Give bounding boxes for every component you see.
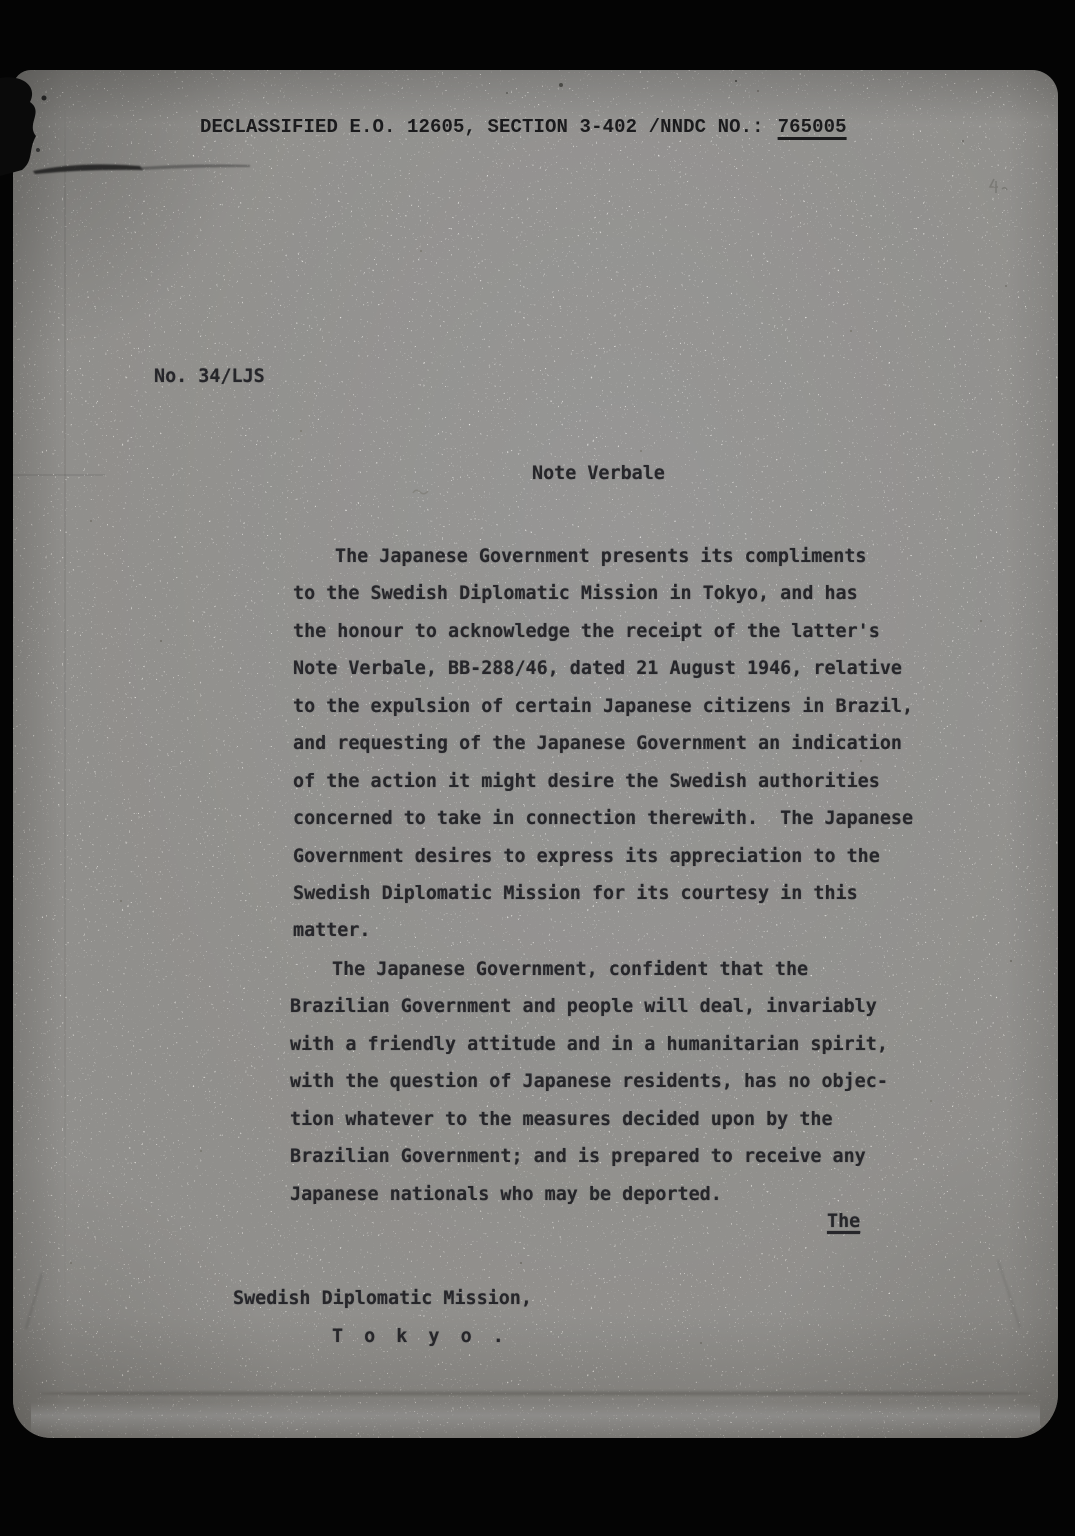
paragraph-2-line: Japanese nationals who may be deported.	[290, 1176, 888, 1213]
scanned-document-page: DECLASSIFIED E.O. 12605, SECTION 3-402 /…	[0, 0, 1075, 1536]
bottom-fold-seam	[39, 1390, 1032, 1397]
paragraph-1-line: and requesting of the Japanese Governmen…	[293, 725, 913, 762]
dust-specks	[0, 0, 2, 2]
paragraph-2-line: with the question of Japanese residents,…	[290, 1063, 888, 1100]
horizontal-crease	[13, 474, 105, 476]
nndc-number: 765005	[778, 116, 847, 138]
paragraph-1-line: matter.	[293, 912, 913, 949]
addressee-name: Swedish Diplomatic Mission,	[233, 1288, 532, 1309]
paragraph-1-line: Government desires to express its apprec…	[293, 838, 913, 875]
paragraph-2-line: Brazilian Government and people will dea…	[290, 988, 888, 1025]
paragraph-1-line: to the expulsion of certain Japanese cit…	[293, 688, 913, 725]
paragraph-1-line: of the action it might desire the Swedis…	[293, 763, 913, 800]
vertical-crease	[64, 92, 66, 1382]
paragraph-1-line: The Japanese Government presents its com…	[293, 538, 913, 575]
paragraph-1-line: Swedish Diplomatic Mission for its court…	[293, 875, 913, 912]
paragraph-2-line: The Japanese Government, confident that …	[290, 951, 888, 988]
addressee-city: T o k y o .	[332, 1326, 509, 1347]
paragraph-2-line: tion whatever to the measures decided up…	[290, 1101, 888, 1138]
paragraph-1-line: the honour to acknowledge the receipt of…	[293, 613, 913, 650]
reference-number: No. 34/LJS	[154, 366, 265, 387]
declassification-text: DECLASSIFIED E.O. 12605, SECTION 3-402 /…	[200, 116, 764, 138]
paragraph-1-line: to the Swedish Diplomatic Mission in Tok…	[293, 575, 913, 612]
paragraph-1-line: concerned to take in connection therewit…	[293, 800, 913, 837]
paragraph-1: The Japanese Government presents its com…	[293, 538, 913, 950]
bottom-light-band	[31, 1402, 1040, 1436]
catchword: The	[827, 1211, 860, 1232]
paragraph-2-line: Brazilian Government; and is prepared to…	[290, 1138, 888, 1175]
declassification-stamp: DECLASSIFIED E.O. 12605, SECTION 3-402 /…	[200, 116, 847, 138]
paragraph-1-line: Note Verbale, BB-288/46, dated 21 August…	[293, 650, 913, 687]
paragraph-2: The Japanese Government, confident that …	[290, 951, 888, 1213]
document-title: Note Verbale	[532, 463, 665, 484]
paragraph-2-line: with a friendly attitude and in a humani…	[290, 1026, 888, 1063]
